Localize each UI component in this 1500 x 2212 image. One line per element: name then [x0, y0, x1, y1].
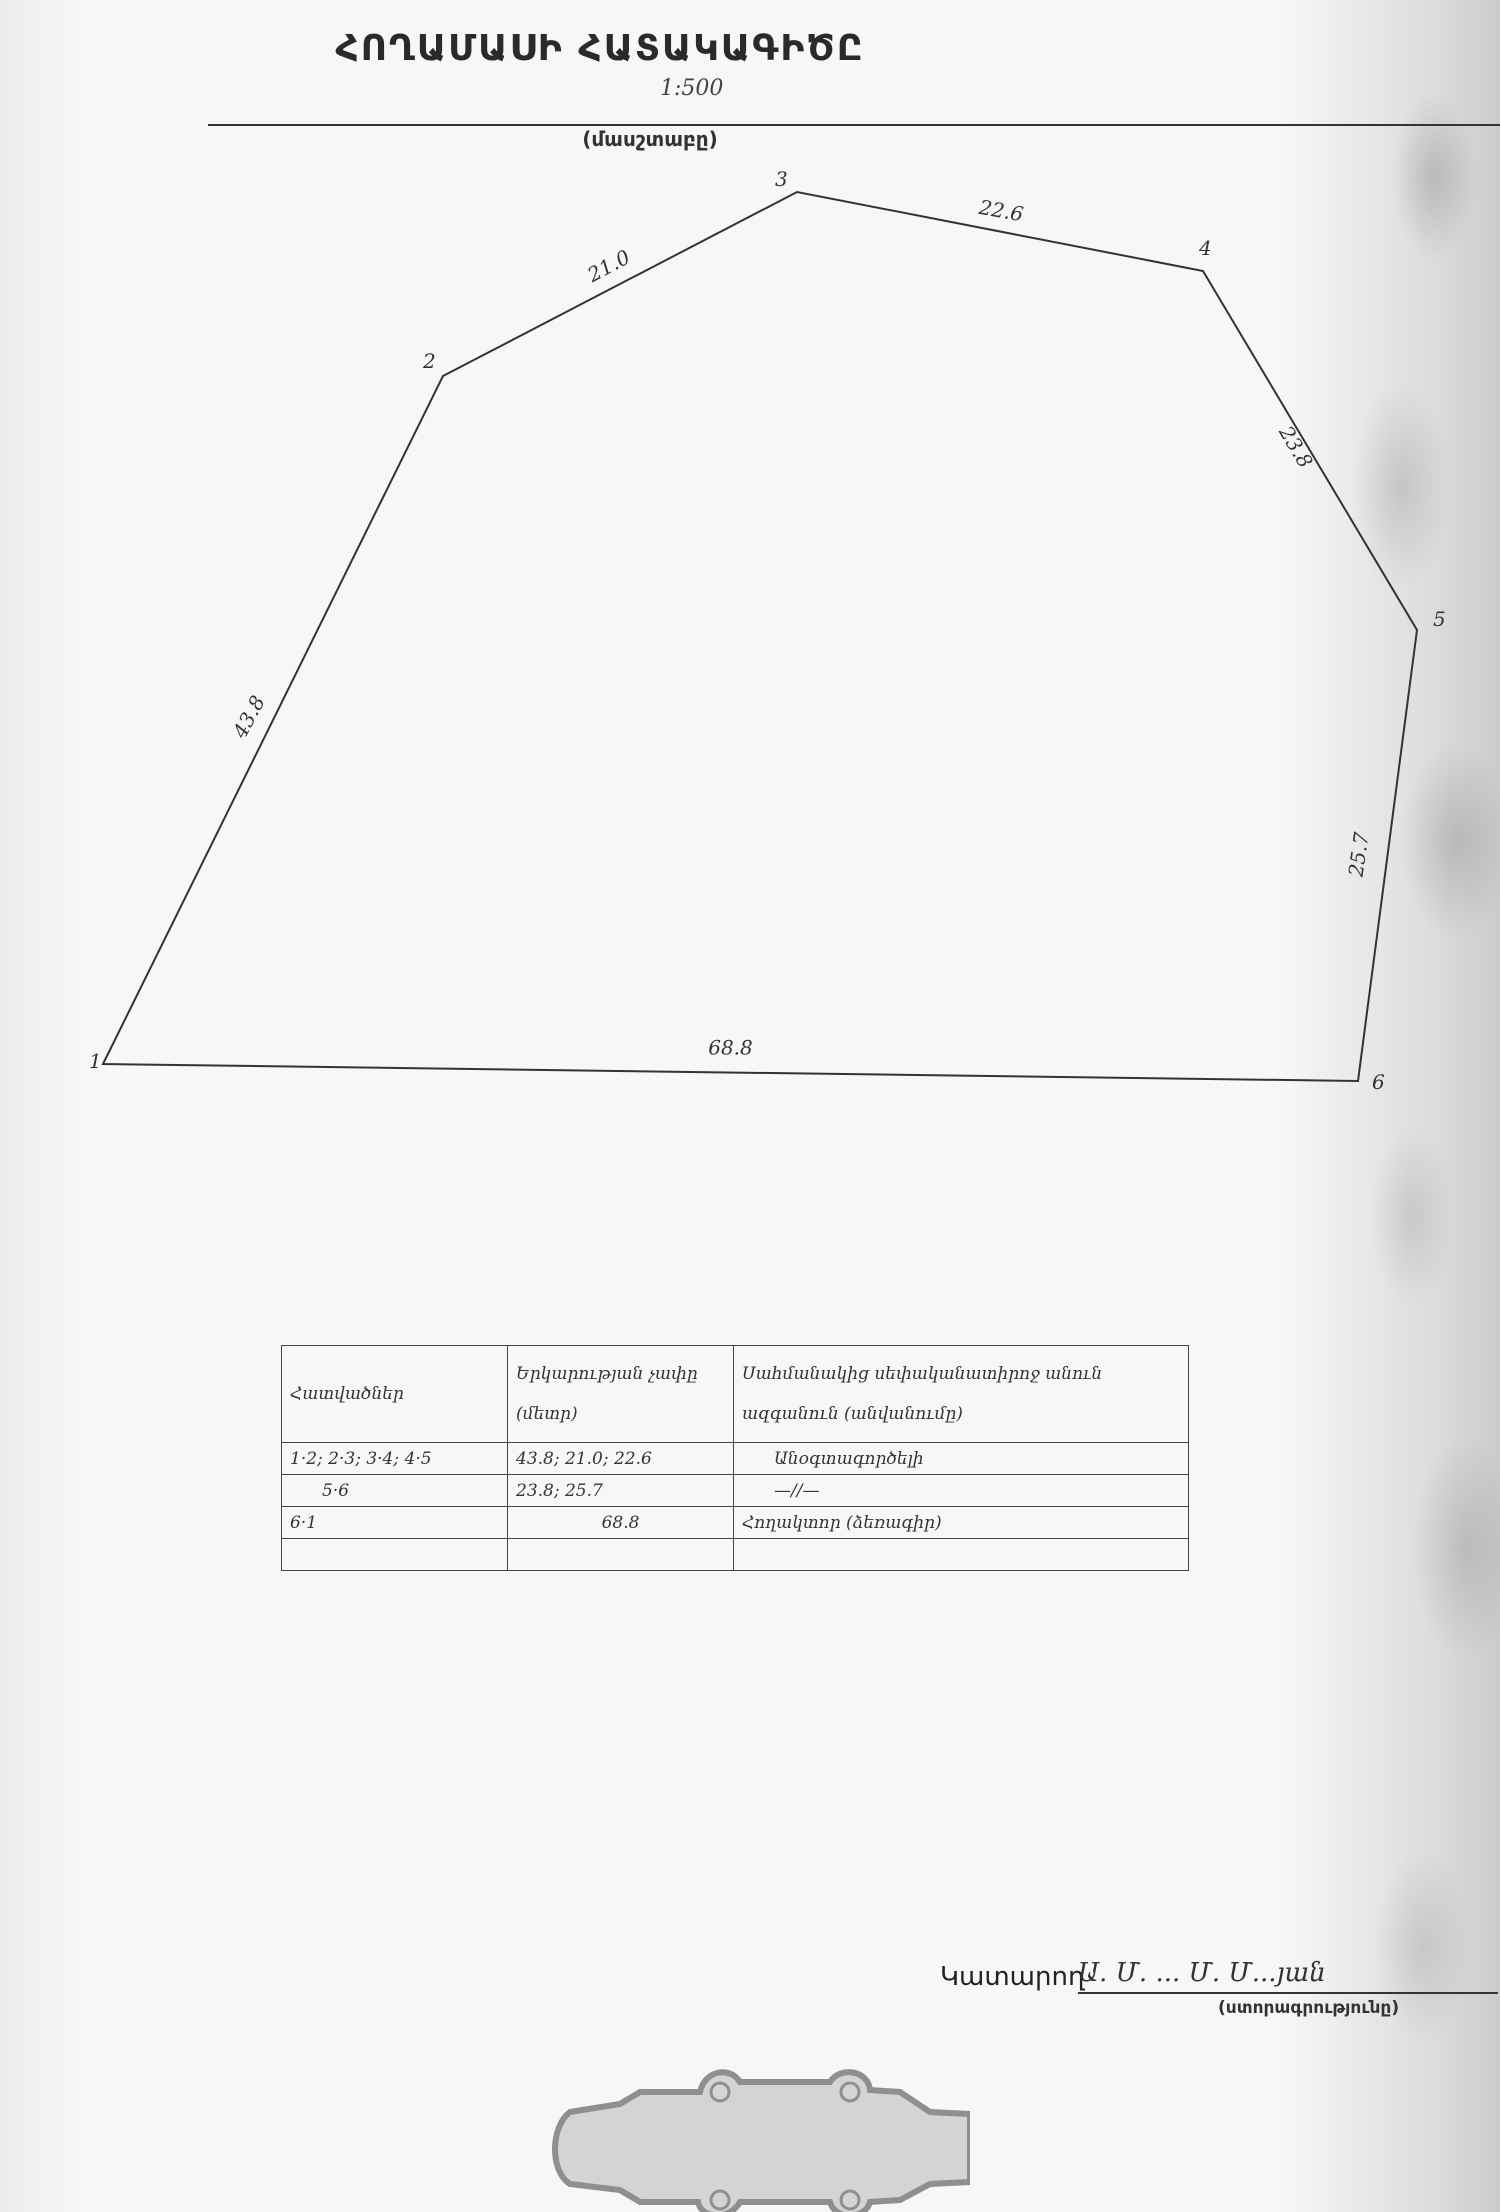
land-plot-plan: 12345643.821.022.623.825.768.8 [0, 0, 1500, 1200]
cell-segments: 5·6 [282, 1475, 508, 1507]
vertex-label: 3 [775, 167, 788, 191]
signature-handwritten: Ա. Մ. ... Մ. Մ...յան [1078, 1958, 1498, 1994]
cell-neighbor: Հողակտոր (ձեռագիր) [734, 1507, 1189, 1539]
cell-neighbor [734, 1539, 1189, 1571]
table-row: 1·2; 2·3; 3·4; 4·5 43.8; 21.0; 22.6 Անօգ… [282, 1443, 1189, 1475]
vertex-label: 6 [1372, 1070, 1385, 1094]
table-row: 5·6 23.8; 25.7 —//— [282, 1475, 1189, 1507]
cell-segments: 6·1 [282, 1507, 508, 1539]
header-neighbor: Սահմանակից սեփականատիրոջ անուն ազգանուն … [734, 1346, 1189, 1443]
cell-length: 68.8 [508, 1507, 734, 1539]
signature-label: Կատարող [940, 1962, 1084, 1992]
segment-length-label: 43.8 [227, 691, 270, 742]
ornament-frame-icon [530, 2062, 970, 2212]
cell-neighbor: Անօգտագործելի [734, 1443, 1189, 1475]
table-header-row: Հատվածներ Երկարության չափը (մետր) Սահման… [282, 1346, 1189, 1443]
cell-length [508, 1539, 734, 1571]
cell-neighbor: —//— [734, 1475, 1189, 1507]
signature-caption: (ստորագրությունը) [1218, 1998, 1399, 2018]
segment-length-label: 68.8 [708, 1036, 753, 1060]
cell-length: 43.8; 21.0; 22.6 [508, 1443, 734, 1475]
segment-length-label: 25.7 [1343, 831, 1373, 880]
header-length: Երկարության չափը (մետր) [508, 1346, 734, 1443]
cell-segments: 1·2; 2·3; 3·4; 4·5 [282, 1443, 508, 1475]
segment-length-label: 23.8 [1274, 421, 1318, 472]
table-row [282, 1539, 1189, 1571]
vertex-label: 4 [1198, 236, 1212, 260]
plot-boundary [103, 192, 1417, 1081]
vertex-label: 1 [89, 1049, 102, 1073]
table-row: 6·1 68.8 Հողակտոր (ձեռագիր) [282, 1507, 1189, 1539]
boundary-table: Հատվածներ Երկարության չափը (մետր) Սահման… [281, 1345, 1189, 1571]
cell-segments [282, 1539, 508, 1571]
vertex-label: 2 [422, 349, 436, 373]
cell-length: 23.8; 25.7 [508, 1475, 734, 1507]
segment-length-label: 22.6 [976, 195, 1025, 227]
vertex-label: 5 [1433, 607, 1446, 631]
header-segments: Հատվածներ [282, 1346, 508, 1443]
